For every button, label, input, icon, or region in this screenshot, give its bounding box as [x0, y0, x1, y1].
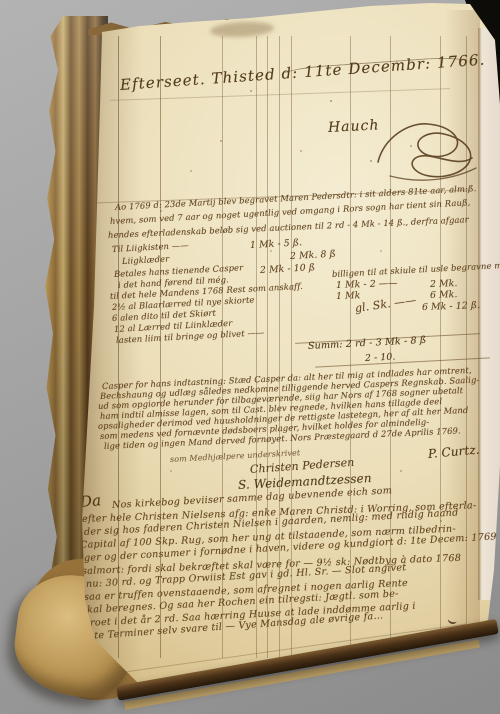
cost-amount: 1 Mk - 5 ß. — [250, 237, 303, 251]
sum-line: Summ: 2 rd - 3 Mk - 8 ß — [308, 335, 427, 352]
cost-amount: 2 Mk. 8 ß — [290, 249, 336, 262]
flourish-signature — [370, 110, 488, 188]
manuscript-photo: { "photo": { "subject": "Photograph of a… — [0, 0, 500, 714]
manuscript-page: Efterseet. Thisted d: 11te Decembr: 1766… — [70, 0, 500, 694]
ledger-amount: gl. Sk. —— — [354, 293, 417, 314]
sum-line-second: 2 - 10. — [365, 351, 396, 364]
cost-label: Liigklæder — [122, 254, 170, 266]
foxing-specks — [70, 0, 72, 2]
ledger-amount: 1 Mk — [336, 290, 361, 302]
ledger-amount: 1 Mk - 2 —— — [336, 278, 398, 291]
stain-smudge — [210, 20, 275, 38]
ledger-amount: 6 Mk. — [430, 289, 458, 301]
ledger-amount: 2 Mk - 10 ß — [260, 262, 316, 276]
inspection-note: Efterseet. Thisted d: 11te Decembr: 1766… — [119, 50, 486, 94]
ledger-amount: 6 Mk - 12 ß. — [422, 300, 481, 313]
